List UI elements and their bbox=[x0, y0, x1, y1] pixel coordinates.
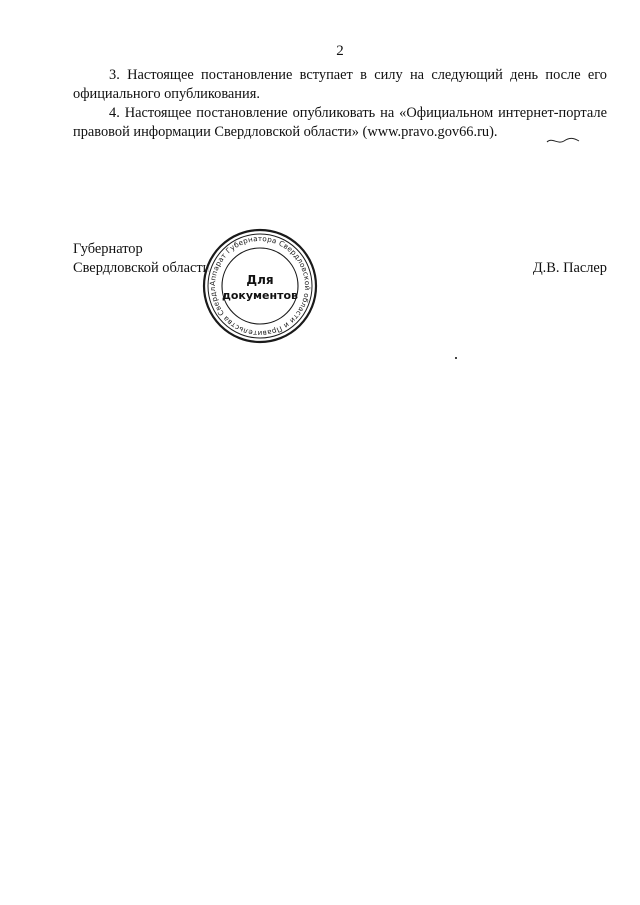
paragraph-text: Настоящее постановление вступает в силу … bbox=[73, 67, 607, 102]
paragraph-number: 3. bbox=[109, 67, 120, 83]
handwritten-mark-icon bbox=[546, 133, 580, 147]
signatory-position: Губернатор bbox=[73, 240, 210, 259]
page-number: 2 bbox=[0, 42, 640, 60]
signatory-region: Свердловской области bbox=[73, 259, 210, 278]
paragraph-number: 4. bbox=[109, 105, 120, 121]
seal-center-line1: Для bbox=[246, 273, 273, 287]
signatory-name: Д.В. Паслер bbox=[533, 259, 607, 278]
seal-center-line2: документов bbox=[222, 289, 298, 302]
seal-icon: Аппарат Губернатора Свердловской области… bbox=[201, 227, 319, 345]
paragraph-4: 4. Настоящее постановление опубликовать … bbox=[73, 104, 607, 142]
document-body: 3. Настоящее постановление вступает в си… bbox=[73, 66, 607, 142]
scan-artifact bbox=[455, 357, 457, 359]
paragraph-text-end: ). bbox=[489, 124, 497, 140]
signatory-title: Губернатор Свердловской области bbox=[73, 240, 210, 278]
portal-url[interactable]: www.pravo.gov66.ru bbox=[367, 124, 489, 140]
paragraph-3: 3. Настоящее постановление вступает в си… bbox=[73, 66, 607, 104]
official-seal-stamp: Аппарат Губернатора Свердловской области… bbox=[201, 227, 319, 345]
paragraph-text: Настоящее постановление опубликовать на … bbox=[73, 105, 607, 140]
